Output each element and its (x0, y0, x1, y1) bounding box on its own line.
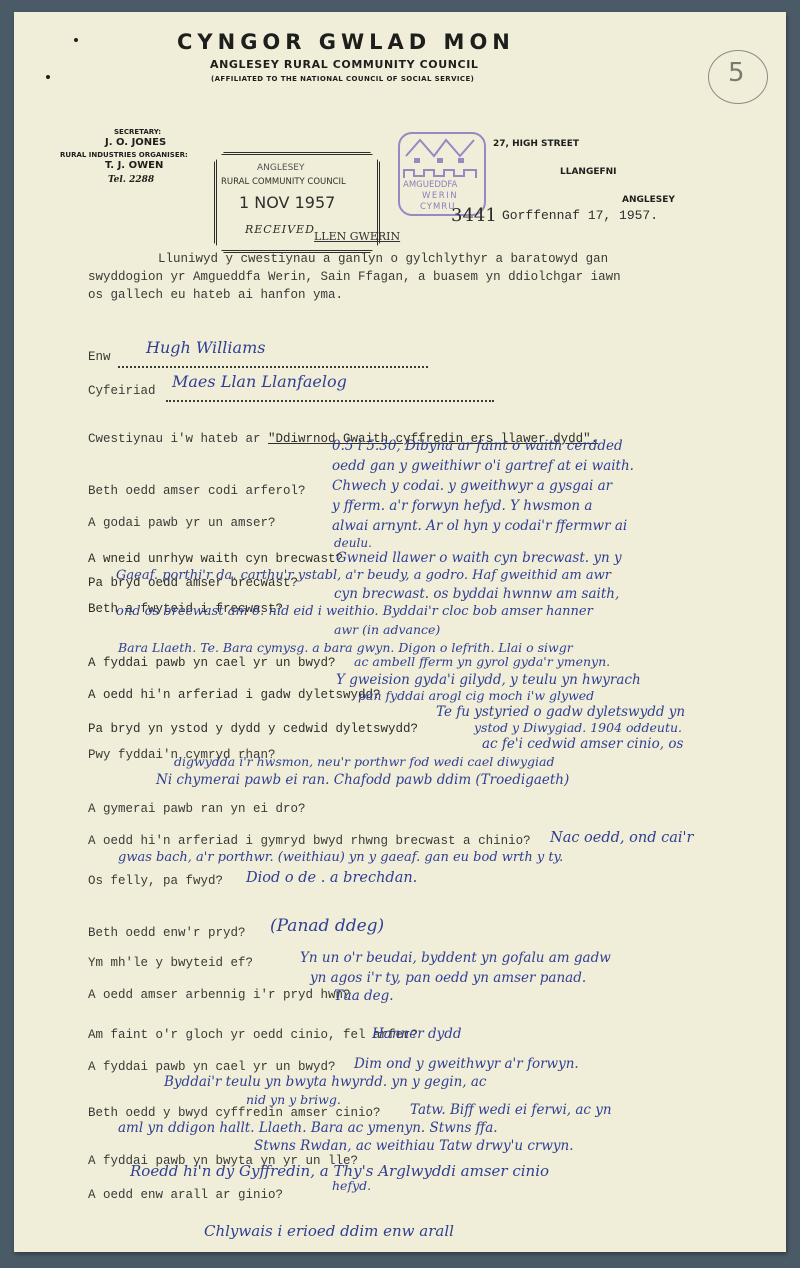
answer-line: ac fe'i cedwid amser cinio, os (482, 736, 683, 752)
answer-line: aml yn ddigon hallt. Llaeth. Bara ac yme… (118, 1120, 498, 1136)
question: A fyddai pawb yn cael yr un bwyd? (88, 656, 336, 670)
letter-date: Gorffennaf 17, 1957. (502, 208, 658, 223)
answer-line: Gwneid llawer o waith cyn brecwast. yn y (336, 550, 622, 566)
telephone: Tel. 2288 (108, 175, 154, 185)
answer-line: 0.5 i 5.30, Dibyna ar faint o waith cerd… (332, 438, 623, 454)
stamp-overprint: LLEN GWERIN (314, 230, 400, 243)
organiser-name: T. J. OWEN (105, 160, 163, 171)
answer-line: ystod y Diwygiad. 1904 oddeutu. (474, 720, 682, 735)
answer-line: pan fyddai arogl cig moch i'w glywed (358, 688, 594, 703)
intro-line-2: swyddogion yr Amgueddfa Werin, Sain Ffag… (88, 270, 621, 284)
answer-line: Diod o de . a brechdan. (246, 870, 417, 886)
answer-line: Chlywais i erioed ddim enw arall (204, 1222, 454, 1240)
answer-line: hefyd. (332, 1178, 371, 1193)
answer-line: Dim ond y gweithwyr a'r forwyn. (354, 1056, 579, 1072)
museum-stamp: AMGUEDDFA WERIN CYMRU (398, 132, 486, 216)
staple-mark (46, 75, 50, 79)
intro-line-1: Lluniwyd y cwestiynau a ganlyn o gylchly… (158, 252, 608, 266)
name-value: Hugh Williams (146, 338, 265, 357)
answer-line: cyn brecwast. os byddai hwnnw am saith, (334, 586, 619, 602)
address-line-3: ANGLESEY (622, 195, 675, 205)
question: Beth oedd amser codi arferol? (88, 484, 306, 498)
secretary-label: SECRETARY: (114, 128, 161, 136)
answer-line: ac ambell fferm yn gyrol gyda'r ymenyn. (354, 654, 610, 669)
question: Os felly, pa fwyd? (88, 874, 223, 888)
stamp-text: RURAL COMMUNITY COUNCIL (221, 177, 346, 187)
answer-line: Bara Llaeth. Te. Bara cymysg. a bara gwy… (118, 640, 573, 655)
address-value: Maes Llan Llanfaelog (172, 372, 347, 391)
answer-line: deulu. (334, 536, 372, 550)
answer-line: Y gweision gyda'i gilydd, y teulu yn hwy… (336, 672, 641, 688)
name-label: Enw (88, 350, 111, 364)
answer-line: Nac oedd, ond cai'r (550, 830, 693, 846)
letterhead-affiliation: (AFFILIATED TO THE NATIONAL COUNCIL OF S… (211, 75, 474, 83)
address-label: Cyfeiriad (88, 384, 156, 398)
document-page: 5 CYNGOR GWLAD MON ANGLESEY RURAL COMMUN… (14, 12, 786, 1252)
building-icon (400, 136, 480, 180)
answer-line: Stwns Rwdan, ac weithiau Tatw drwy'u crw… (254, 1138, 574, 1154)
question: Pa bryd yn ystod y dydd y cedwid dyletsw… (88, 722, 418, 736)
question: A oedd enw arall ar ginio? (88, 1188, 283, 1202)
question: A wneid unrhyw waith cyn brecwast? (88, 552, 343, 566)
stamp-date: 1 NOV 1957 (239, 193, 335, 212)
answer-line: Byddai'r teulu yn bwyta hwyrdd. yn y geg… (164, 1074, 486, 1090)
answer-line: gwas bach, a'r porthwr. (weithiau) yn y … (118, 850, 563, 865)
question: A godai pawb yr un amser? (88, 516, 276, 530)
answer-line: Gaeaf. porthi'r da, carthu'r ystabl, a'r… (116, 568, 611, 583)
stamp-text: RECEIVED (245, 223, 315, 236)
answer-line: alwai arnynt. Ar ol hyn y codai'r ffermw… (332, 518, 627, 534)
answer-line: Tua deg. (334, 988, 394, 1004)
museum-stamp-text: WERIN (422, 191, 458, 201)
answer-line: oedd gan y gweithiwr o'i gartref at ei w… (332, 458, 634, 474)
answer-line: ond os brecwast am 6. nid eid i weithio.… (116, 604, 593, 619)
question: Beth oedd y bwyd cyffredin amser cinio? (88, 1106, 381, 1120)
answer-line: Te fu ystyried o gadw dyletswydd yn (436, 704, 685, 720)
reference-number: 3441 (451, 205, 497, 226)
secretary-name: J. O. JONES (105, 137, 166, 148)
organiser-label: RURAL INDUSTRIES ORGANISER: (60, 151, 188, 159)
answer-line: y fferm. a'r forwyn hefyd. Y hwsmon a (332, 498, 592, 514)
answer-line: nid yn y briwg. (246, 1092, 341, 1107)
page-number: 5 (728, 58, 745, 88)
question: A gymerai pawb ran yn ei dro? (88, 802, 306, 816)
letterhead-title: CYNGOR GWLAD MON (177, 30, 515, 54)
question: A oedd amser arbennig i'r pryd hwn? (88, 988, 351, 1002)
answer-line: Chwech y codai. y gweithwyr a gysgai ar (332, 478, 612, 494)
stamp-text: ANGLESEY (257, 163, 304, 173)
question: A fyddai pawb yn cael yr un bwyd? (88, 1060, 336, 1074)
answer-line: digwydda i'r hwsmon, neu'r porthwr fod w… (174, 754, 554, 769)
staple-mark (74, 38, 78, 42)
question: Ym mh'le y bwyteid ef? (88, 956, 253, 970)
address-line-2: LLANGEFNI (560, 167, 617, 177)
questions-heading-label: Cwestiynau i'w hateb ar (88, 432, 261, 446)
question: Am faint o'r gloch yr oedd cinio, fel ar… (88, 1028, 418, 1042)
answer-line: (Panad ddeg) (270, 916, 384, 936)
museum-stamp-text: AMGUEDDFA (403, 180, 457, 190)
question: A oedd hi'n arferiad i gadw dyletswydd? (88, 688, 381, 702)
answer-line: Hanner dydd (372, 1026, 462, 1042)
answer-line: awr (in advance) (334, 622, 440, 637)
answer-line: Ni chymerai pawb ei ran. Chafodd pawb dd… (156, 772, 569, 788)
letterhead-subtitle: ANGLESEY RURAL COMMUNITY COUNCIL (210, 58, 479, 71)
answer-line: Tatw. Biff wedi ei ferwi, ac yn (410, 1102, 612, 1118)
answer-line: yn agos i'r ty, pan oedd yn amser panad. (310, 970, 586, 986)
address-line-1: 27, HIGH STREET (493, 139, 579, 149)
answer-line: Yn un o'r beudai, byddent yn gofalu am g… (300, 950, 611, 966)
intro-line-3: os gallech eu hateb ai hanfon yma. (88, 288, 343, 302)
question: Beth oedd enw'r pryd? (88, 926, 246, 940)
question: A oedd hi'n arferiad i gymryd bwyd rhwng… (88, 834, 531, 848)
